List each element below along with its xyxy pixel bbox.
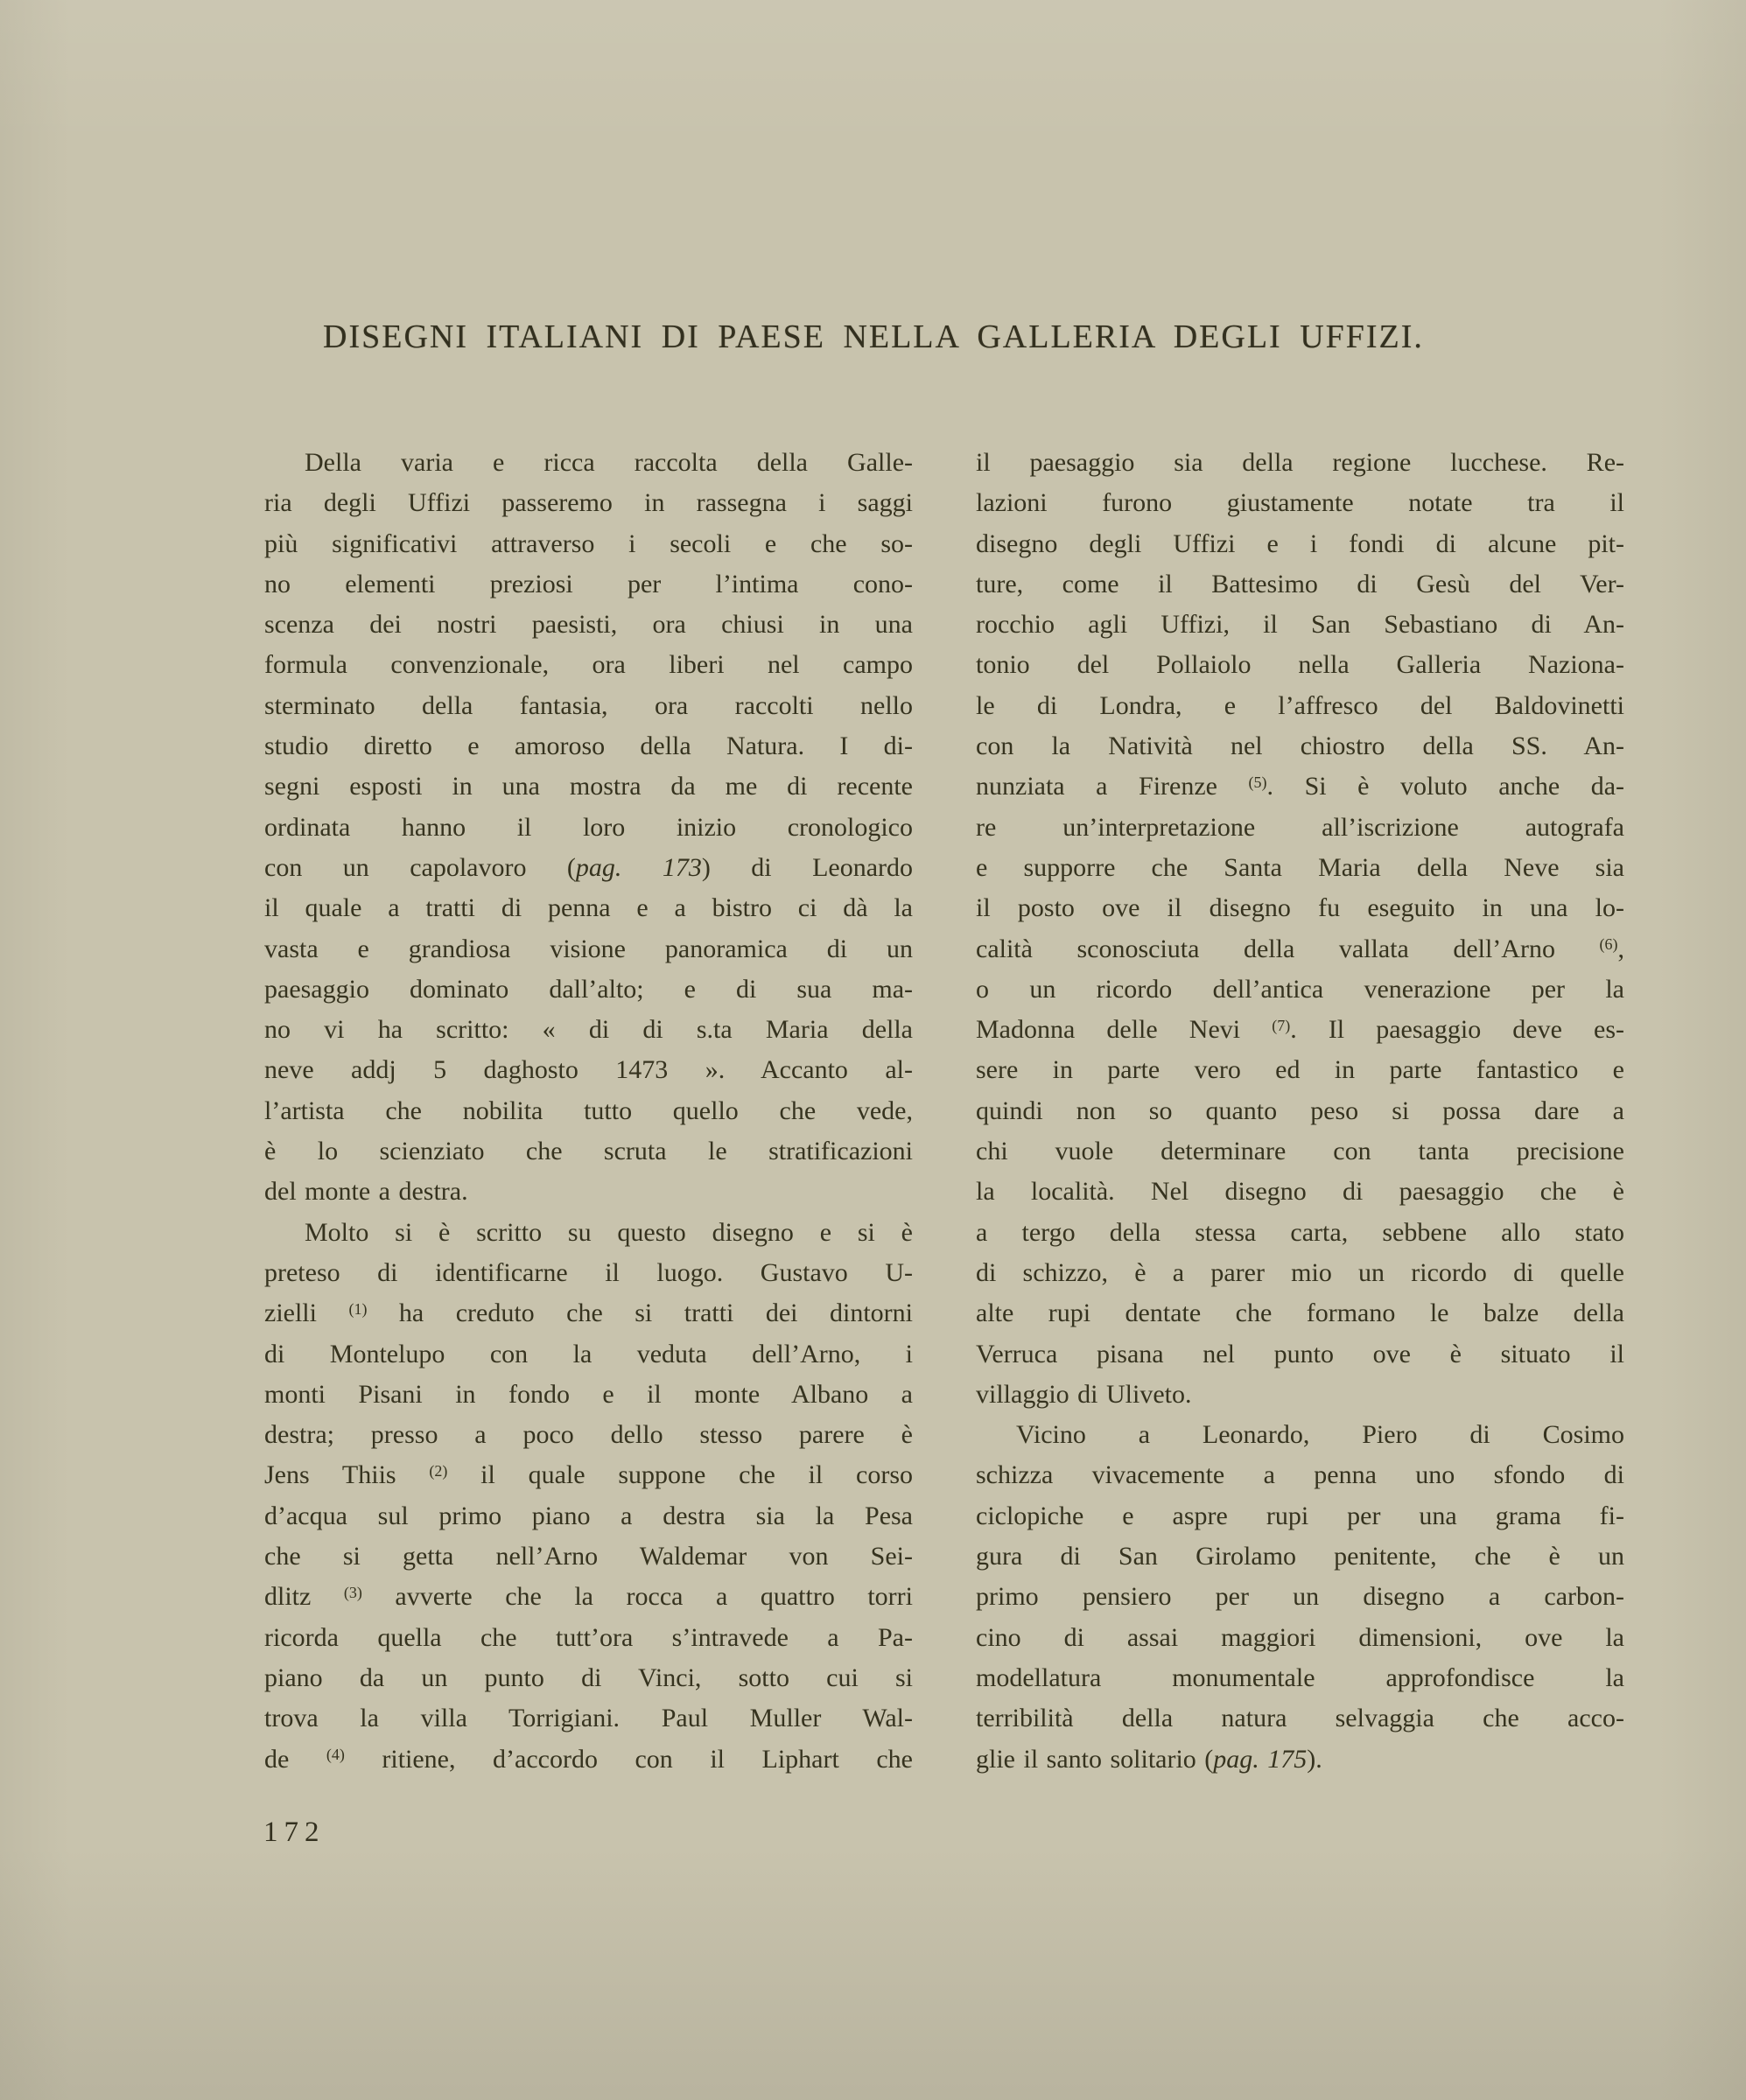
text-line: gura di San Girolamo penitente, che è un	[976, 1536, 1624, 1577]
text-line: che si getta nell’Arno Waldemar von Sei-	[264, 1536, 913, 1577]
text-line: re un’interpretazione all’iscrizione aut…	[976, 808, 1624, 848]
text-line: terribilità della natura selvaggia che a…	[976, 1698, 1624, 1739]
text-column-right: il paesaggio sia della regione lucchese.…	[976, 443, 1624, 1780]
text-line: formula convenzionale, ora liberi nel ca…	[264, 645, 913, 685]
text-line: l’artista che nobilita tutto quello che …	[264, 1091, 913, 1131]
text-line: o un ricordo dell’antica venerazione per…	[976, 969, 1624, 1010]
book-page: DISEGNI ITALIANI DI PAESE NELLA GALLERIA…	[0, 0, 1746, 2100]
text-line: con la Natività nel chiostro della SS. A…	[976, 726, 1624, 766]
text-line: vasta e grandiosa visione panoramica di …	[264, 929, 913, 969]
text-line: a tergo della stessa carta, sebbene allo…	[976, 1213, 1624, 1253]
text-line: il posto ove il disegno fu eseguito in u…	[976, 888, 1624, 928]
text-line: modellatura monumentale approfondisce la	[976, 1658, 1624, 1698]
text-line: Vicino a Leonardo, Piero di Cosimo	[976, 1415, 1624, 1455]
text-line: studio diretto e amoroso della Natura. I…	[264, 726, 913, 766]
text-line: e supporre che Santa Maria della Neve si…	[976, 848, 1624, 888]
text-line: piano da un punto di Vinci, sotto cui si	[264, 1658, 913, 1698]
text-line: no vi ha scritto: « di di s.ta Maria del…	[264, 1010, 913, 1050]
text-line: ciclopiche e aspre rupi per una grama fi…	[976, 1496, 1624, 1536]
text-line: primo pensiero per un disegno a carbon-	[976, 1577, 1624, 1617]
text-line: monti Pisani in fondo e il monte Albano …	[264, 1375, 913, 1415]
text-line: ria degli Uffizi passeremo in rassegna i…	[264, 483, 913, 523]
page-number: 172	[263, 1816, 326, 1849]
text-line: preteso di identificarne il luogo. Gusta…	[264, 1253, 913, 1293]
text-line: la località. Nel disegno di paesaggio ch…	[976, 1172, 1624, 1212]
text-line: cino di assai maggiori dimensioni, ove l…	[976, 1618, 1624, 1658]
page-title: DISEGNI ITALIANI DI PAESE NELLA GALLERIA…	[246, 318, 1501, 356]
text-line: sterminato della fantasia, ora raccolti …	[264, 686, 913, 726]
text-line: dlitz (3) avverte che la rocca a quattro…	[264, 1577, 913, 1617]
text-line: è lo scienziato che scruta le stratifica…	[264, 1131, 913, 1172]
text-line: ricorda quella che tutt’ora s’intravede …	[264, 1618, 913, 1658]
text-line: con un capolavoro (pag. 173) di Leonardo	[264, 848, 913, 888]
text-line: scenza dei nostri paesisti, ora chiusi i…	[264, 605, 913, 645]
text-line: tonio del Pollaiolo nella Galleria Nazio…	[976, 645, 1624, 685]
text-line: di schizzo, è a parer mio un ricordo di …	[976, 1253, 1624, 1293]
text-line: glie il santo solitario (pag. 175).	[976, 1739, 1624, 1780]
text-line: de (4) ritiene, d’accordo con il Liphart…	[264, 1739, 913, 1780]
text-line: del monte a destra.	[264, 1172, 913, 1212]
text-line: quindi non so quanto peso si possa dare …	[976, 1091, 1624, 1131]
text-line: Verruca pisana nel punto ove è situato i…	[976, 1334, 1624, 1375]
text-line: di Montelupo con la veduta dell’Arno, i	[264, 1334, 913, 1375]
text-line: sere in parte vero ed in parte fantastic…	[976, 1050, 1624, 1090]
text-line: nunziata a Firenze (5). Si è voluto anch…	[976, 766, 1624, 807]
text-line: il quale a tratti di penna e a bistro ci…	[264, 888, 913, 928]
text-line: il paesaggio sia della regione lucchese.…	[976, 443, 1624, 483]
text-line: Madonna delle Nevi (7). Il paesaggio dev…	[976, 1010, 1624, 1050]
text-line: d’acqua sul primo piano a destra sia la …	[264, 1496, 913, 1536]
text-line: paesaggio dominato dall’alto; e di sua m…	[264, 969, 913, 1010]
text-line: ture, come il Battesimo di Gesù del Ver-	[976, 564, 1624, 605]
text-line: ordinata hanno il loro inizio cronologic…	[264, 808, 913, 848]
text-line: segni esposti in una mostra da me di rec…	[264, 766, 913, 807]
text-line: Molto si è scritto su questo disegno e s…	[264, 1213, 913, 1253]
text-line: trova la villa Torrigiani. Paul Muller W…	[264, 1698, 913, 1739]
text-line: schizza vivacemente a penna uno sfondo d…	[976, 1455, 1624, 1495]
text-line: rocchio agli Uffizi, il San Sebastiano d…	[976, 605, 1624, 645]
text-line: più significativi attraverso i secoli e …	[264, 524, 913, 564]
text-line: Della varia e ricca raccolta della Galle…	[264, 443, 913, 483]
text-line: neve addj 5 daghosto 1473 ». Accanto al-	[264, 1050, 913, 1090]
text-line: le di Londra, e l’affresco del Baldovine…	[976, 686, 1624, 726]
text-line: chi vuole determinare con tanta precisio…	[976, 1131, 1624, 1172]
text-line: lazioni furono giustamente notate tra il	[976, 483, 1624, 523]
text-line: zielli (1) ha creduto che si tratti dei …	[264, 1293, 913, 1333]
text-line: Jens Thiis (2) il quale suppone che il c…	[264, 1455, 913, 1495]
text-line: villaggio di Uliveto.	[976, 1375, 1624, 1415]
text-line: destra; presso a poco dello stesso parer…	[264, 1415, 913, 1455]
text-line: alte rupi dentate che formano le balze d…	[976, 1293, 1624, 1333]
text-line: disegno degli Uffizi e i fondi di alcune…	[976, 524, 1624, 564]
text-column-left: Della varia e ricca raccolta della Galle…	[264, 443, 913, 1780]
text-line: calità sconosciuta della vallata dell’Ar…	[976, 929, 1624, 969]
text-line: no elementi preziosi per l’intima cono-	[264, 564, 913, 605]
